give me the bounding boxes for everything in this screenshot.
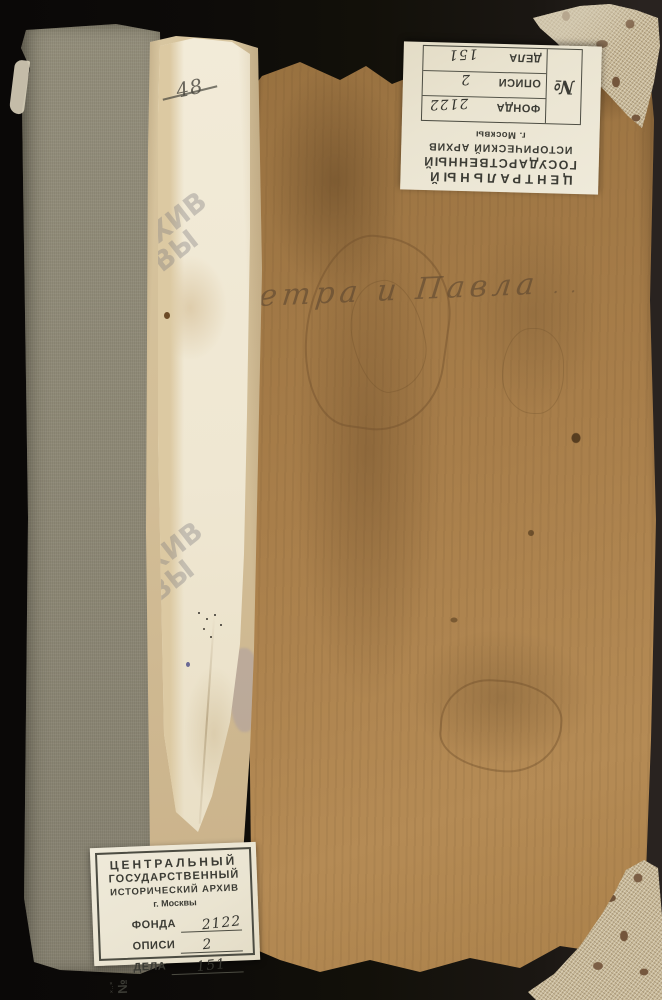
opis-label: ОПИСИ	[132, 939, 175, 956]
wormhole-dot	[164, 312, 170, 319]
fond-row: ФОНДА 2122	[422, 96, 546, 123]
scanned-archive-book-cover: Петра и Павла . . 48 АРХИВ ВЫ АРХИВ ВЫ Ц…	[0, 0, 662, 1000]
delo-label: ДЕЛА	[509, 48, 542, 64]
handwritten-title-text: Петра и Павла	[226, 267, 541, 316]
fond-value: 2122	[429, 95, 469, 113]
delo-row: ДЕЛА 151	[131, 951, 246, 976]
fond-line: 2122	[180, 909, 242, 932]
numero-cell: №	[545, 49, 582, 124]
handwritten-title-dots: . .	[552, 276, 581, 298]
fond-label: ФОНДА	[496, 98, 541, 114]
stamp-rows: ×‥× № ФОНДА 2122 ОПИСИ 2 ДЕЛА	[107, 909, 245, 977]
stamp-frame: ЦЕНТРАЛЬНЫЙ ГОСУДАРСТВЕННЫЙ ИСТОРИЧЕСКИЙ…	[95, 847, 255, 961]
ink-specks	[198, 612, 200, 614]
archive-stamp-label-top: ЦЕНТРАЛЬНЫЙ ГОСУДАРСТВЕННЫЙ ИСТОРИЧЕСКИЙ…	[400, 41, 602, 194]
numero-sign: ×‥× №	[109, 979, 131, 994]
water-stain-ring	[502, 328, 564, 414]
ink-dot	[186, 662, 190, 667]
delo-line: 151	[428, 46, 504, 68]
fond-label: ФОНДА	[132, 918, 177, 935]
book-spine	[20, 18, 166, 978]
delo-label: ДЕЛА	[133, 960, 166, 976]
opis-value: 2	[201, 936, 213, 953]
opis-label: ОПИСИ	[498, 73, 541, 89]
fond-line: 2122	[427, 96, 491, 118]
numero-sign: №	[553, 75, 574, 98]
opis-value: 2	[460, 71, 471, 87]
archive-stamp-label-bottom: ЦЕНТРАЛЬНЫЙ ГОСУДАРСТВЕННЫЙ ИСТОРИЧЕСКИЙ…	[90, 842, 260, 966]
stamp-rows: ФОНДА 2122 ОПИСИ 2 ДЕЛА 151	[422, 46, 547, 123]
delo-value: 151	[447, 45, 477, 62]
opis-line: 2	[180, 930, 243, 953]
opis-line: 2	[428, 71, 494, 93]
paper-crease	[199, 614, 216, 824]
water-stain-ring	[437, 676, 565, 776]
delo-line: 151	[171, 951, 244, 975]
delo-row: ДЕЛА 151	[423, 46, 547, 74]
handwritten-page-number: 48	[174, 73, 206, 102]
stamp-fields-table: № ФОНДА 2122 ОПИСИ 2 ДЕЛА	[421, 45, 583, 125]
delo-value: 151	[196, 956, 227, 975]
